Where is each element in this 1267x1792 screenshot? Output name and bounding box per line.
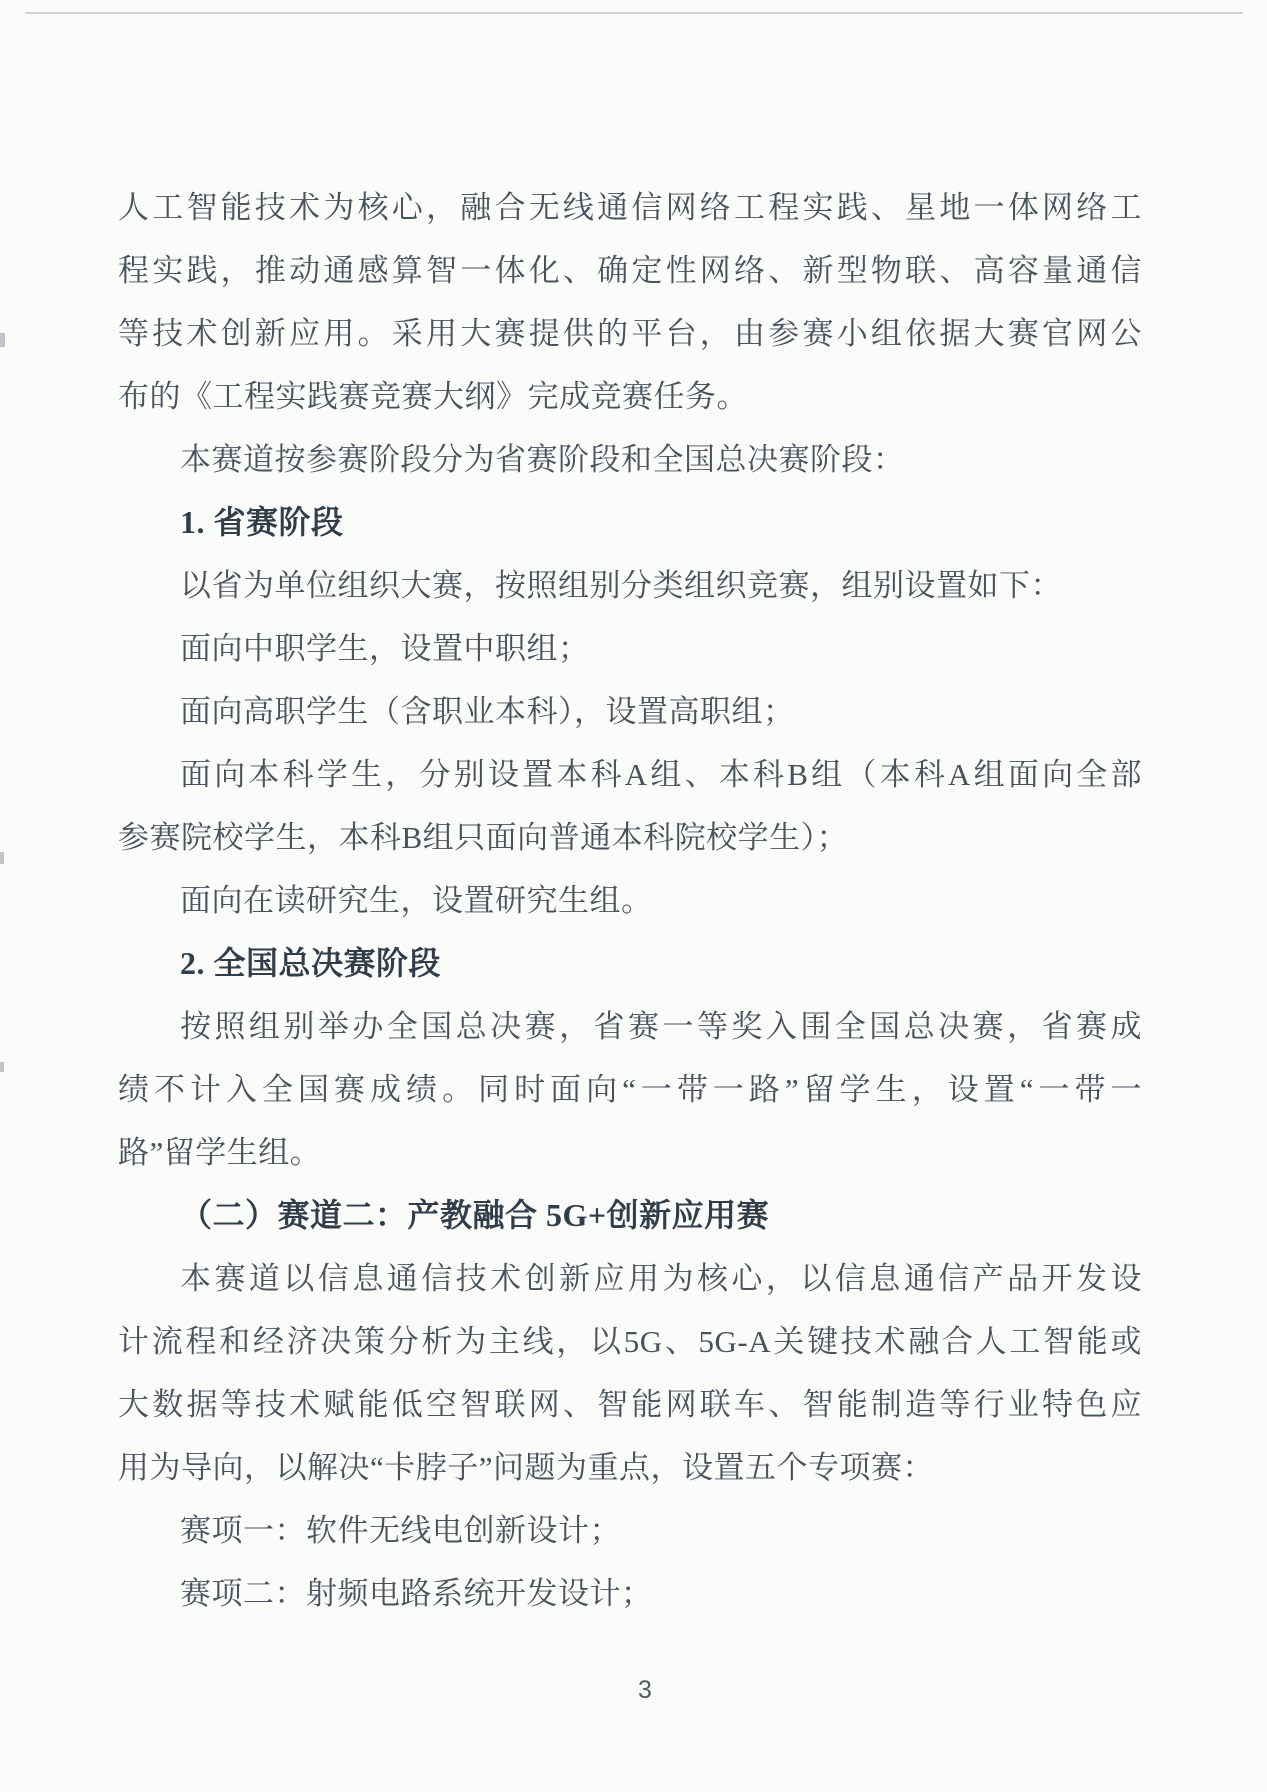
- section-heading-national-final-stage: 2. 全国总决赛阶段: [118, 932, 1142, 995]
- scan-speck: [0, 852, 4, 864]
- doc-line: 以省为单位组织大赛，按照组别分类组织竞赛，组别设置如下：: [118, 554, 1142, 617]
- doc-line: 本赛道以信息通信技术创新应用为核心，以信息通信产品开发设: [118, 1247, 1142, 1310]
- section-heading-track-two: （二）赛道二：产教融合 5G+创新应用赛: [118, 1184, 1142, 1247]
- doc-line: 面向高职学生（含职业本科），设置高职组；: [118, 680, 1142, 743]
- page-number: 3: [133, 1675, 1157, 1705]
- doc-line: 人工智能技术为核心，融合无线通信网络工程实践、星地一体网络工: [118, 176, 1142, 239]
- doc-line: 程实践，推动通感算智一体化、确定性网络、新型物联、高容量通信: [118, 239, 1142, 302]
- doc-line: 面向本科学生，分别设置本科A组、本科B组（本科A组面向全部: [118, 743, 1142, 806]
- scanned-document-page: 人工智能技术为核心，融合无线通信网络工程实践、星地一体网络工 程实践，推动通感算…: [0, 0, 1267, 1792]
- doc-line: 面向在读研究生，设置研究生组。: [118, 869, 1142, 932]
- doc-line: 按照组别举办全国总决赛，省赛一等奖入围全国总决赛，省赛成: [118, 995, 1142, 1058]
- doc-line: 绩不计入全国赛成绩。同时面向“一带一路”留学生，设置“一带一: [118, 1058, 1142, 1121]
- scan-artifact-line: [25, 12, 1243, 14]
- section-heading-province-stage: 1. 省赛阶段: [118, 491, 1142, 554]
- doc-line: 用为导向，以解决“卡脖子”问题为重点，设置五个专项赛：: [118, 1436, 1142, 1499]
- doc-line: 赛项一：软件无线电创新设计；: [118, 1499, 1142, 1562]
- doc-line: 布的《工程实践赛竞赛大纲》完成竞赛任务。: [118, 365, 1142, 428]
- doc-line: 等技术创新应用。采用大赛提供的平台，由参赛小组依据大赛官网公: [118, 302, 1142, 365]
- doc-line: 赛项二：射频电路系统开发设计；: [118, 1562, 1142, 1625]
- doc-line: 本赛道按参赛阶段分为省赛阶段和全国总决赛阶段：: [118, 428, 1142, 491]
- doc-line: 计流程和经济决策分析为主线，以5G、5G-A关键技术融合人工智能或: [118, 1310, 1142, 1373]
- scan-speck: [0, 1062, 4, 1072]
- doc-line: 参赛院校学生，本科B组只面向普通本科院校学生）；: [118, 806, 1142, 869]
- scan-speck: [0, 333, 5, 347]
- doc-line: 大数据等技术赋能低空智联网、智能网联车、智能制造等行业特色应: [118, 1373, 1142, 1436]
- doc-line: 面向中职学生，设置中职组；: [118, 617, 1142, 680]
- document-body: 人工智能技术为核心，融合无线通信网络工程实践、星地一体网络工 程实践，推动通感算…: [118, 176, 1142, 1705]
- doc-line: 路”留学生组。: [118, 1121, 1142, 1184]
